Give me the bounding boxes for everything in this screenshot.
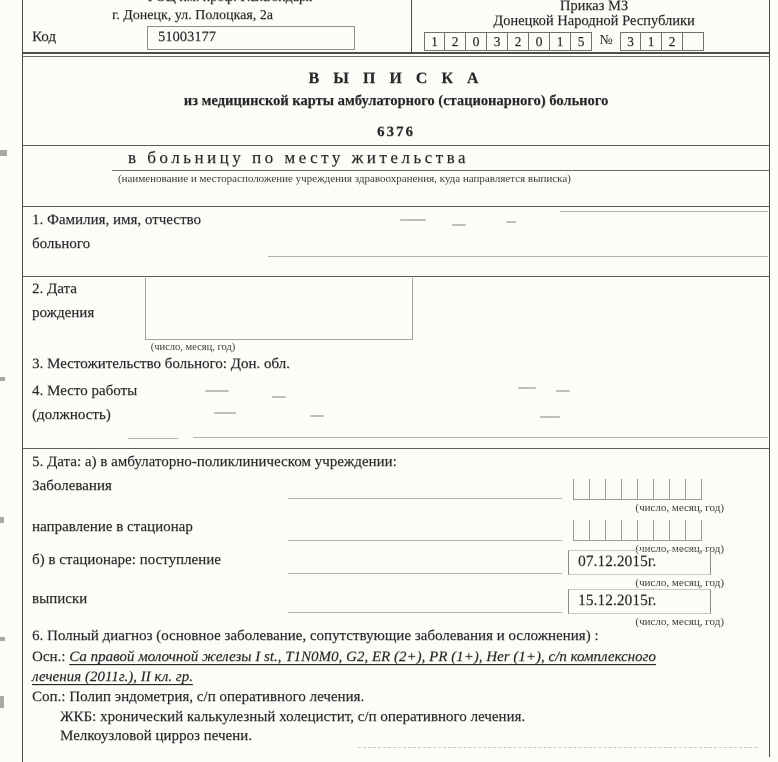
date-cell	[670, 479, 686, 499]
disease-label: Заболевания	[32, 478, 112, 495]
main-diagnosis-label: Осн.:	[32, 649, 65, 665]
destination-note: (наименование и месторасположение учрежд…	[118, 173, 571, 185]
scan-artifact	[0, 377, 5, 381]
field-1-blank-line	[268, 256, 768, 257]
field-4-label-line2: (должность)	[32, 407, 111, 424]
redacted-mark	[452, 224, 466, 226]
destination-underline	[112, 170, 770, 171]
code-value: 51003177	[148, 27, 354, 46]
discharge-date-box: 15.12.2015г.	[568, 589, 711, 614]
header-org-name: РОЦ им. проф. Г.В.Бондаря	[100, 0, 360, 6]
date-cell	[606, 520, 622, 540]
redacted-mark	[214, 412, 236, 414]
bottom-faint-line	[358, 747, 757, 748]
field-2-label-line2: рождения	[32, 305, 94, 322]
scan-artifact	[0, 517, 4, 523]
main-diagnosis-text: Са правой молочной железы I st., T1N0M0,…	[69, 649, 656, 665]
code-value-box: 51003177	[147, 26, 355, 50]
section-rule	[22, 145, 770, 146]
order-no-sign: №	[592, 31, 620, 51]
concomitant-text: Полип эндометрия, с/п оперативного лечен…	[69, 689, 364, 705]
field-5-label: 5. Дата: а) в амбулаторно-поликлиническо…	[32, 454, 397, 471]
order-date-cell: 1	[550, 32, 571, 51]
discharge-date-note: (число, месяц, год)	[594, 616, 724, 628]
redacted-line	[560, 211, 768, 212]
concomitant-line3: Мелкоузловой цирроз печени.	[60, 728, 252, 745]
field-4-blank-short	[128, 438, 178, 439]
date-cell	[670, 520, 686, 540]
date-cell	[574, 479, 590, 499]
order-number-row: 1 2 0 3 2 0 1 5 № 3 1 2	[424, 31, 704, 51]
date-cell	[654, 520, 670, 540]
field-3-label: 3. Местожительство больного: Дон. обл.	[32, 356, 290, 373]
admission-blank-line	[288, 573, 562, 574]
field-6-label: 6. Полный диагноз (основное заболевание,…	[32, 628, 598, 645]
order-no-cell: 2	[662, 32, 683, 51]
scanned-medical-extract: РОЦ им. проф. Г.В.Бондаря г. Донецк, ул.…	[0, 0, 778, 762]
order-no-cell: 1	[641, 32, 662, 51]
date-cell	[638, 520, 654, 540]
admission-label: б) в стационаре: поступление	[32, 552, 221, 569]
order-date-cell: 2	[445, 32, 466, 51]
field-4-label-line1: 4. Место работы	[32, 383, 137, 400]
disease-date-note: (число, месяц, год)	[594, 502, 724, 514]
order-date-cell: 1	[424, 32, 445, 51]
order-subtitle: Донецкой Народной Республики	[420, 13, 768, 30]
scan-artifact	[0, 696, 4, 708]
discharge-blank-line	[288, 612, 562, 613]
document-number: 6376	[22, 124, 770, 141]
referral-blank-line	[288, 540, 562, 541]
order-date-cell: 0	[529, 32, 550, 51]
field-2-label-line1: 2. Дата	[32, 281, 77, 298]
date-cell	[686, 479, 702, 499]
document-title: В Ы П И С К А	[22, 70, 770, 88]
date-cell	[638, 479, 654, 499]
main-diagnosis-line1: Осн.: Са правой молочной железы I st., T…	[32, 649, 656, 666]
header-column-divider	[411, 0, 412, 53]
redacted-mark	[205, 390, 229, 392]
header-bottom-rule	[22, 52, 770, 54]
redacted-mark	[556, 390, 570, 392]
concomitant-label: Соп.:	[32, 689, 65, 705]
admission-date-note: (число, месяц, год)	[594, 577, 724, 589]
referral-label: направление в стационар	[32, 519, 193, 536]
discharge-label: выписки	[32, 591, 87, 608]
order-date-cell: 2	[508, 32, 529, 51]
referral-date-grid	[573, 520, 702, 541]
order-no-cell	[683, 32, 704, 51]
field-1-label-line1: 1. Фамилия, имя, отчество	[32, 212, 201, 229]
code-label: Код	[32, 29, 56, 46]
redacted-mark	[518, 387, 536, 389]
header-org-address: г. Донецк, ул. Полоцкая, 2а	[85, 8, 300, 24]
destination-line: в больницу по месту жительства	[128, 148, 469, 168]
order-date-cell: 5	[571, 32, 592, 51]
field-4-blank-line	[193, 437, 768, 438]
section-rule	[22, 206, 770, 207]
form-top-rule	[22, 56, 770, 57]
date-cell	[590, 479, 606, 499]
date-cell	[574, 520, 590, 540]
admission-date-box: 07.12.2015г.	[568, 550, 711, 575]
main-diagnosis-line2: лечения (2011г.), II кл. гр.	[32, 669, 193, 686]
document-subtitle: из медицинской карты амбулаторного (стац…	[22, 93, 770, 110]
date-cell	[606, 479, 622, 499]
disease-blank-line	[288, 498, 562, 499]
disease-date-grid	[573, 479, 702, 500]
section-rule	[22, 276, 770, 277]
redacted-mark	[540, 416, 560, 418]
date-cell	[654, 479, 670, 499]
redacted-mark	[506, 221, 516, 223]
concomitant-line1: Соп.: Полип эндометрия, с/п оперативного…	[32, 689, 364, 706]
redacted-mark	[400, 219, 426, 221]
date-cell	[622, 520, 638, 540]
right-page-border	[769, 0, 770, 757]
redacted-mark	[272, 396, 286, 398]
order-no-cell: 3	[620, 32, 641, 51]
date-cell	[686, 520, 702, 540]
birth-date-box	[145, 278, 413, 340]
order-date-cell: 3	[487, 32, 508, 51]
order-date-cell: 0	[466, 32, 487, 51]
field-1-label-line2: больного	[32, 236, 90, 253]
scan-artifact	[0, 150, 7, 156]
date-cell	[622, 479, 638, 499]
birth-date-note: (число, месяц, год)	[128, 342, 258, 353]
date-cell	[590, 520, 606, 540]
scan-artifact	[0, 637, 5, 641]
concomitant-line2: ЖКБ: хронический калькулезный холецистит…	[60, 709, 525, 726]
redacted-mark	[310, 415, 324, 417]
left-page-border	[22, 0, 23, 762]
section-rule	[22, 448, 770, 449]
